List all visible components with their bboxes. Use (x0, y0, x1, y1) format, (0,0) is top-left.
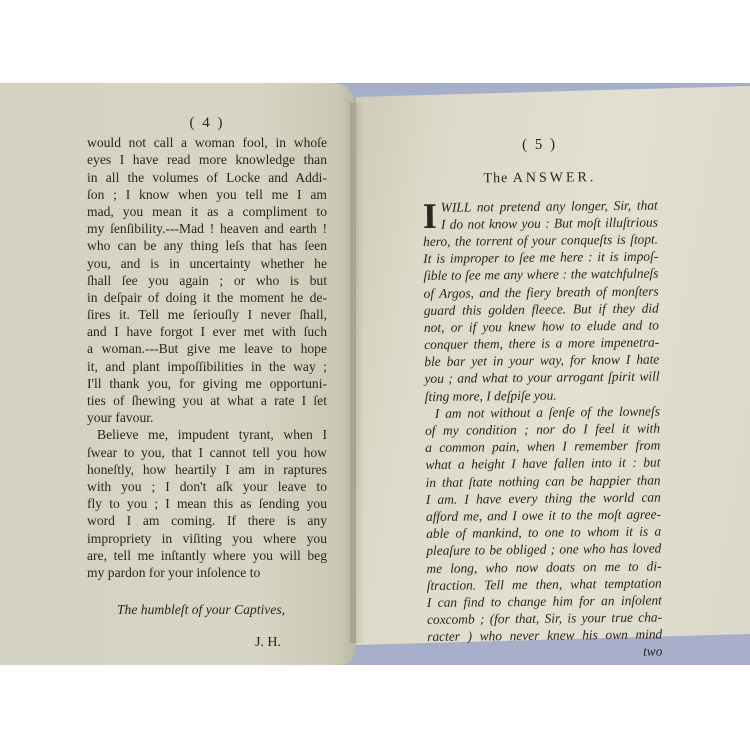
drop-cap: I (423, 200, 437, 230)
text-line: mad, you mean it as a compliment to (87, 203, 327, 220)
text-line: in all the volumes of Locke and Addi- (87, 169, 327, 186)
right-paragraph-1: WILL not pretend any longer, Sir, thatI … (423, 196, 660, 405)
right-paragraph-1-wrap: I WILL not pretend any longer, Sir, that… (423, 196, 660, 405)
text-line: and I have forgot I ever met with ſuch (87, 323, 327, 340)
catchword: two (427, 643, 662, 663)
book-photo: ( 4 ) would not call a woman fool, in wh… (0, 83, 750, 665)
text-line: what a height I have fallen into it : bu… (425, 454, 660, 474)
text-line: me long, who now doats on me to di- (426, 557, 661, 577)
text-line: you ; and what to your arrogant ſpirit w… (424, 368, 659, 388)
text-line: racter ) who never knew his own mind (427, 626, 662, 646)
text-line: pleaſure to be obliged ; one who has lov… (426, 540, 661, 560)
text-line: in that ſtate nothing can be happier tha… (426, 471, 661, 491)
text-line: in deſpair of doing it the moment he de- (87, 289, 327, 306)
right-page-text: ( 5 ) The ANSWER. I WILL not pretend any… (422, 136, 662, 663)
text-line: WILL not pretend any longer, Sir, that (423, 196, 658, 216)
left-page-text: ( 4 ) would not call a woman fool, in wh… (87, 115, 327, 651)
text-line: ſting more, I deſpiſe you. (425, 385, 660, 405)
signature-initials: J. H. (87, 634, 327, 651)
text-line: of Argos, and the fiery breath of monſte… (424, 282, 659, 302)
text-line: eyes I have read more knowledge than (87, 151, 327, 168)
page-number-right: ( 5 ) (422, 136, 657, 156)
text-line: ſible to ſee me any where : the watchful… (423, 265, 658, 285)
text-line: honeſtly, how heartily I am in raptures (87, 461, 327, 478)
text-line: a woman.---But give me leave to hope (87, 340, 327, 357)
signoff: The humbleſt of your Captives, (87, 601, 327, 618)
text-line: ſwear to you, that I cannot tell you how (87, 444, 327, 461)
text-line: ſhall ſee you again ; or who is but (87, 272, 327, 289)
text-line: you, and is in uncertainty whether he (87, 255, 327, 272)
text-line: impropriety in viſiting you where you (87, 530, 327, 547)
text-line: ties of ſhewing you at what a rate I ſet (87, 392, 327, 409)
text-line: would not call a woman fool, in whoſe (87, 134, 327, 151)
text-line: ſires it. Tell me ſeriouſly I never ſhal… (87, 306, 327, 323)
heading-answer: ANSWER. (513, 170, 597, 186)
right-paragraph-2: I am not without a ſenſe of the lowneſso… (425, 402, 663, 645)
text-line: your favour. (87, 409, 327, 426)
text-line: my pardon for your inſolence to (87, 564, 327, 581)
text-line: fly to you ; I mean this as ſending you (87, 495, 327, 512)
left-paragraph-2: Believe me, impudent tyrant, when Iſwear… (87, 426, 327, 581)
spine-shadow (350, 103, 364, 643)
text-line: it, and plant impoſſibilities in the way… (87, 358, 327, 375)
text-line: who can be any thing leſs that has ſeen (87, 237, 327, 254)
text-line: Believe me, impudent tyrant, when I (87, 426, 327, 443)
text-line: my ſenſibility.---Mad ! heaven and earth… (87, 220, 327, 237)
text-line: I'll thank you, for giving me opportuni- (87, 375, 327, 392)
left-paragraph-1: would not call a woman fool, in whoſeeye… (87, 134, 327, 426)
text-line: with you ; I don't aſk your leave to (87, 478, 327, 495)
text-line: ſon ; I know when you tell me I am (87, 186, 327, 203)
chapter-heading: The ANSWER. (422, 169, 657, 189)
heading-the: The (483, 171, 508, 186)
text-line: word I am coming. If there is any (87, 512, 327, 529)
page-number-left: ( 4 ) (87, 115, 327, 132)
text-line: are, tell me inſtantly where you will be… (87, 547, 327, 564)
